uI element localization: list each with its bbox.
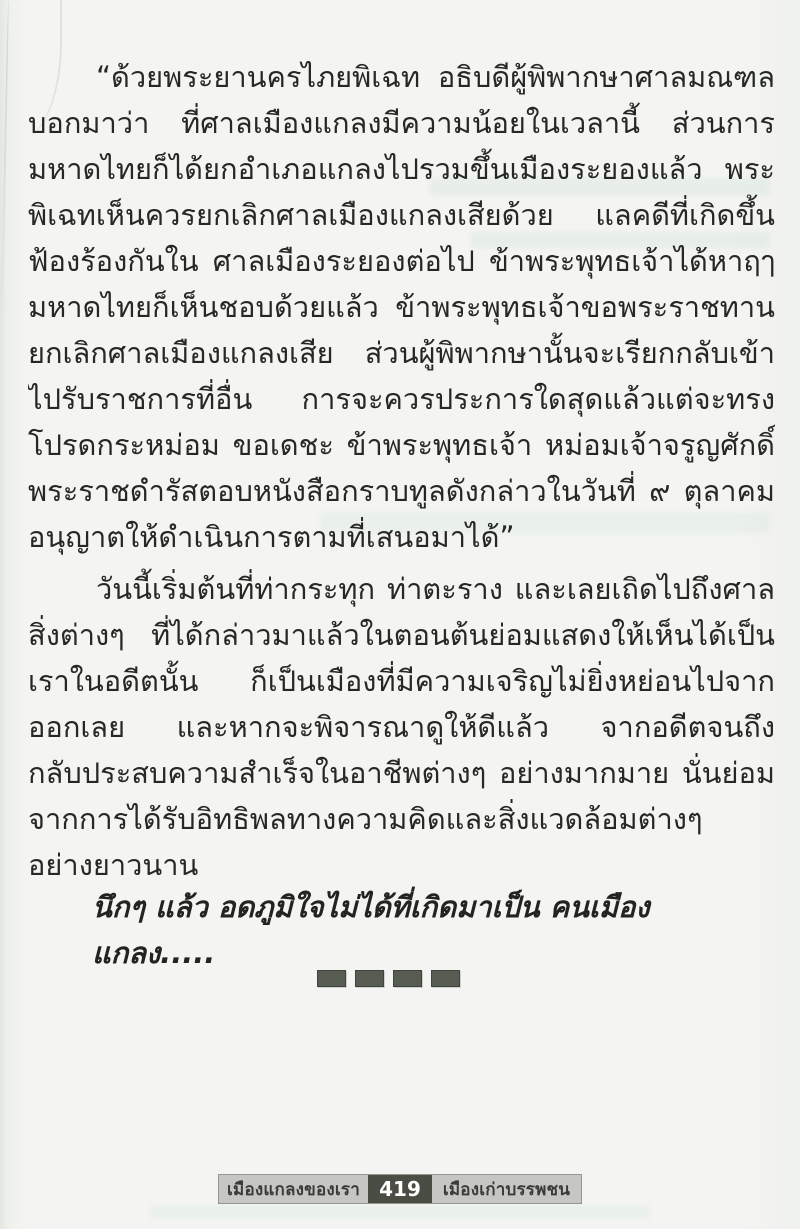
closing-remark: นึกๆ แล้ว อดภูมิใจไม่ได้ที่เกิดมาเป็น คน… bbox=[92, 884, 752, 976]
text-line: ไปรับราชการที่อื่น การจะควรประการใดสุดแล… bbox=[28, 376, 775, 422]
text-line: สิ่งต่างๆ ที่ได้กล่าวมาแล้วในตอนต้นย่อมแ… bbox=[28, 612, 775, 658]
divider-square bbox=[431, 970, 460, 987]
text-line: “ด้วยพระยานครไภยพิเฉท อธิบดีผู้พิพากษาศา… bbox=[28, 54, 775, 100]
text-line: มหาดไทยก็เห็นชอบด้วยแล้ว ข้าพระพุทธเจ้าข… bbox=[28, 284, 775, 330]
divider-square bbox=[393, 970, 422, 987]
footer-bar: เมืองแกลงของเรา 419 เมืองเก่าบรรพชน bbox=[218, 1174, 582, 1204]
text-line: วันนี้เริ่มต้นที่ท่ากระทุก ท่าตะราง และเ… bbox=[28, 566, 775, 612]
text-line: กลับประสบความสำเร็จในอาชีพต่างๆ อย่างมาก… bbox=[28, 750, 775, 796]
text-line: อย่างยาวนาน bbox=[28, 842, 775, 888]
text-line: ออกเลย และหากจะพิจารณาดูให้ดีแล้ว จากอดี… bbox=[28, 704, 775, 750]
section-divider bbox=[317, 970, 460, 987]
text-line: พระราชดำรัสตอบหนังสือกราบทูลดังกล่าวในวั… bbox=[28, 468, 775, 514]
scanned-page: “ด้วยพระยานครไภยพิเฉท อธิบดีผู้พิพากษาศา… bbox=[0, 0, 800, 1229]
text-line: มหาดไทยก็ได้ยกอำเภอแกลงไปรวมขึ้นเมืองระย… bbox=[28, 146, 775, 192]
text-line: พิเฉทเห็นควรยกเลิกศาลเมืองแกลงเสียด้วย แ… bbox=[28, 192, 775, 238]
text-line: จากการได้รับอิทธิพลทางความคิดและสิ่งแวดล… bbox=[28, 796, 775, 842]
text-line: อนุญาตให้ดำเนินการตามที่เสนอมาได้” bbox=[28, 514, 775, 560]
footer-book-title: เมืองแกลงของเรา bbox=[219, 1175, 368, 1203]
text-line: ฟ้องร้องกันใน ศาลเมืองระยองต่อไป ข้าพระพ… bbox=[28, 238, 775, 284]
divider-square bbox=[355, 970, 384, 987]
text-line: โปรดกระหม่อม ขอเดชะ ข้าพระพุทธเจ้า หม่อม… bbox=[28, 422, 775, 468]
text-line: บอกมาว่า ที่ศาลเมืองแกลงมีความน้อยในเวลา… bbox=[28, 100, 775, 146]
divider-square bbox=[317, 970, 346, 987]
text-line: เราในอดีตนั้น ก็เป็นเมืองที่มีความเจริญไ… bbox=[28, 658, 775, 704]
commentary-paragraph: วันนี้เริ่มต้นที่ท่ากระทุก ท่าตะราง และเ… bbox=[28, 566, 775, 888]
footer-section-title: เมืองเก่าบรรพชน bbox=[432, 1175, 581, 1203]
showthrough-smudge bbox=[150, 1206, 650, 1218]
text-line: ยกเลิกศาลเมืองแกลงเสีย ส่วนผู้พิพากษานั้… bbox=[28, 330, 775, 376]
royal-letter-quote-paragraph: “ด้วยพระยานครไภยพิเฉท อธิบดีผู้พิพากษาศา… bbox=[28, 54, 775, 560]
footer-page-number: 419 bbox=[368, 1175, 432, 1203]
